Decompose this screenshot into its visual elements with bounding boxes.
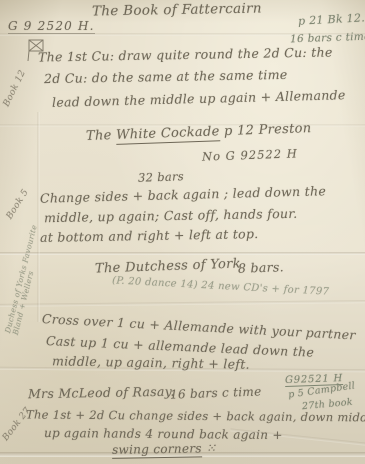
page-title: The Book of Fattercairn xyxy=(92,2,262,20)
flourish-mark: ⁙ xyxy=(206,441,217,455)
dance-title: The Dutchess of York xyxy=(95,257,241,276)
crease-line xyxy=(37,112,40,322)
instruction-line: middle, up again; Cast off, hands four. xyxy=(44,207,298,225)
crease-line xyxy=(0,252,365,255)
instruction-line: 2d Cu: do the same at the same time xyxy=(44,68,288,86)
instruction-line: up again hands 4 round back again + xyxy=(44,427,283,442)
margin-book-note: Book 12 xyxy=(3,69,29,109)
catalog-number: G 9 2520 H. xyxy=(8,20,95,34)
source-note: (P. 20 dance 14) 24 new CD's + for 1797 xyxy=(112,275,330,297)
margin-vertical-note: Duchess of Yorks Favourite Bland + Welle… xyxy=(4,224,47,336)
manuscript-page: The Book of Fattercairn G 9 2520 H. p 21… xyxy=(0,0,365,464)
dance-title: Mrs McLeod of Rasay. xyxy=(28,385,175,401)
bars-note: 8 bars. xyxy=(238,260,284,275)
bars-note: 32 bars xyxy=(138,170,184,184)
dance-page-reference: p 12 Preston xyxy=(224,121,312,139)
instruction-line: The 1st Cu: draw quite round the 2d Cu: … xyxy=(38,45,333,64)
crease-line xyxy=(0,300,365,307)
instruction-line: middle, up again, right + left. xyxy=(52,354,250,371)
dance-title: The White Cockade p 12 Preston xyxy=(86,122,312,144)
instruction-line: swing corners ⁙ xyxy=(112,442,217,457)
instruction-line: Change sides + back again ; lead down th… xyxy=(40,184,326,205)
dance-title-prefix: The xyxy=(86,128,112,144)
margin-book-note: Book 5 xyxy=(6,188,32,221)
instruction-line: lead down the middle up again + Allemand… xyxy=(52,88,346,109)
time-signature-note: 16 bars c time xyxy=(170,385,262,401)
instruction-line: at bottom and right + left at top. xyxy=(40,227,259,245)
instruction-line: The 1st + 2d Cu change sides + back agai… xyxy=(26,408,365,424)
catalog-number: No G 92522 H xyxy=(202,147,298,163)
dance-title-name: White Cockade xyxy=(116,124,220,145)
page-reference: p 21 Bk 12. xyxy=(298,12,365,28)
closing-phrase: swing corners xyxy=(112,441,202,459)
